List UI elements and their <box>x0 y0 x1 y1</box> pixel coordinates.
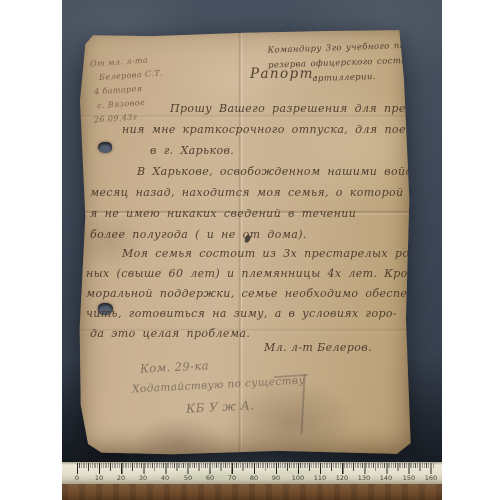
report-title: Рапорт. <box>250 66 320 82</box>
body-line: Прошу Вашего разрешения для предоставле- <box>170 98 442 119</box>
ruler-label: 110 <box>314 474 326 482</box>
ruler-label: 120 <box>336 474 348 482</box>
body-line: Моя семья состоит из 3х престарелых род- <box>122 244 424 264</box>
ruler-label: 90 <box>272 474 280 482</box>
ruler-scale-ticks <box>77 463 435 474</box>
body-paragraph-3: Моя семья состоит из 3х престарелых род-… <box>86 244 424 344</box>
body-line: ния мне краткосрочного отпуска, для поез… <box>122 119 442 140</box>
punch-hole-top <box>98 142 112 153</box>
signature-line: Мл. л-т Белеров. <box>264 341 372 354</box>
ruler-label: 0 <box>75 474 79 482</box>
recipient-line: артиллерии. <box>312 68 423 87</box>
body-line: в г. Харьков. <box>150 140 442 161</box>
wood-table-surface <box>62 483 442 500</box>
body-paragraph-1: Прошу Вашего разрешения для предоставле-… <box>122 98 442 161</box>
ruler-label: 70 <box>228 474 236 482</box>
body-paragraph-2: В Харькове, освобожденном нашими войскам… <box>90 161 442 245</box>
ruler-label: 140 <box>380 474 392 482</box>
body-line: да это целая проблема. <box>90 324 424 344</box>
resolution-signature-line: КБ У ж А. <box>186 398 255 416</box>
ruler-label: 80 <box>250 474 258 482</box>
ruler: 0 10 20 30 40 50 60 70 80 90 100 110 120… <box>62 462 442 484</box>
ruler-label: 60 <box>206 474 214 482</box>
ruler-label: 30 <box>139 474 147 482</box>
ruler-label: 130 <box>358 474 370 482</box>
resolution-line: Ком. 29-ка <box>140 358 210 376</box>
body-line: более полугода ( и не от дома). <box>90 224 442 245</box>
body-line: чить, готовиться на зиму, а в условиях г… <box>86 304 424 324</box>
ruler-label: 100 <box>292 474 304 482</box>
ruler-label: 20 <box>117 474 125 482</box>
body-line: месяц назад, находится моя семья, о кото… <box>90 182 442 203</box>
ruler-label: 150 <box>403 474 415 482</box>
ruler-label: 50 <box>184 474 192 482</box>
body-line: я не имею никаких сведений в течении <box>90 203 442 224</box>
ruler-label: 160 <box>425 474 437 482</box>
ruler-label: 40 <box>161 474 169 482</box>
body-line: В Харькове, освобожденном нашими войскам… <box>137 161 442 182</box>
body-line: моральной поддержки, семье необходимо об… <box>86 284 424 304</box>
body-line: ных (свыше 60 лет) и племянницы 4х лет. … <box>86 264 424 284</box>
document-paper: От мл. л-та Белерова С.Т. 4 батарея с. В… <box>78 28 412 456</box>
ruler-label: 10 <box>95 474 103 482</box>
photo-background: От мл. л-та Белерова С.Т. 4 батарея с. В… <box>62 0 442 500</box>
document-paper-wrap: От мл. л-та Белерова С.Т. 4 батарея с. В… <box>78 28 412 456</box>
